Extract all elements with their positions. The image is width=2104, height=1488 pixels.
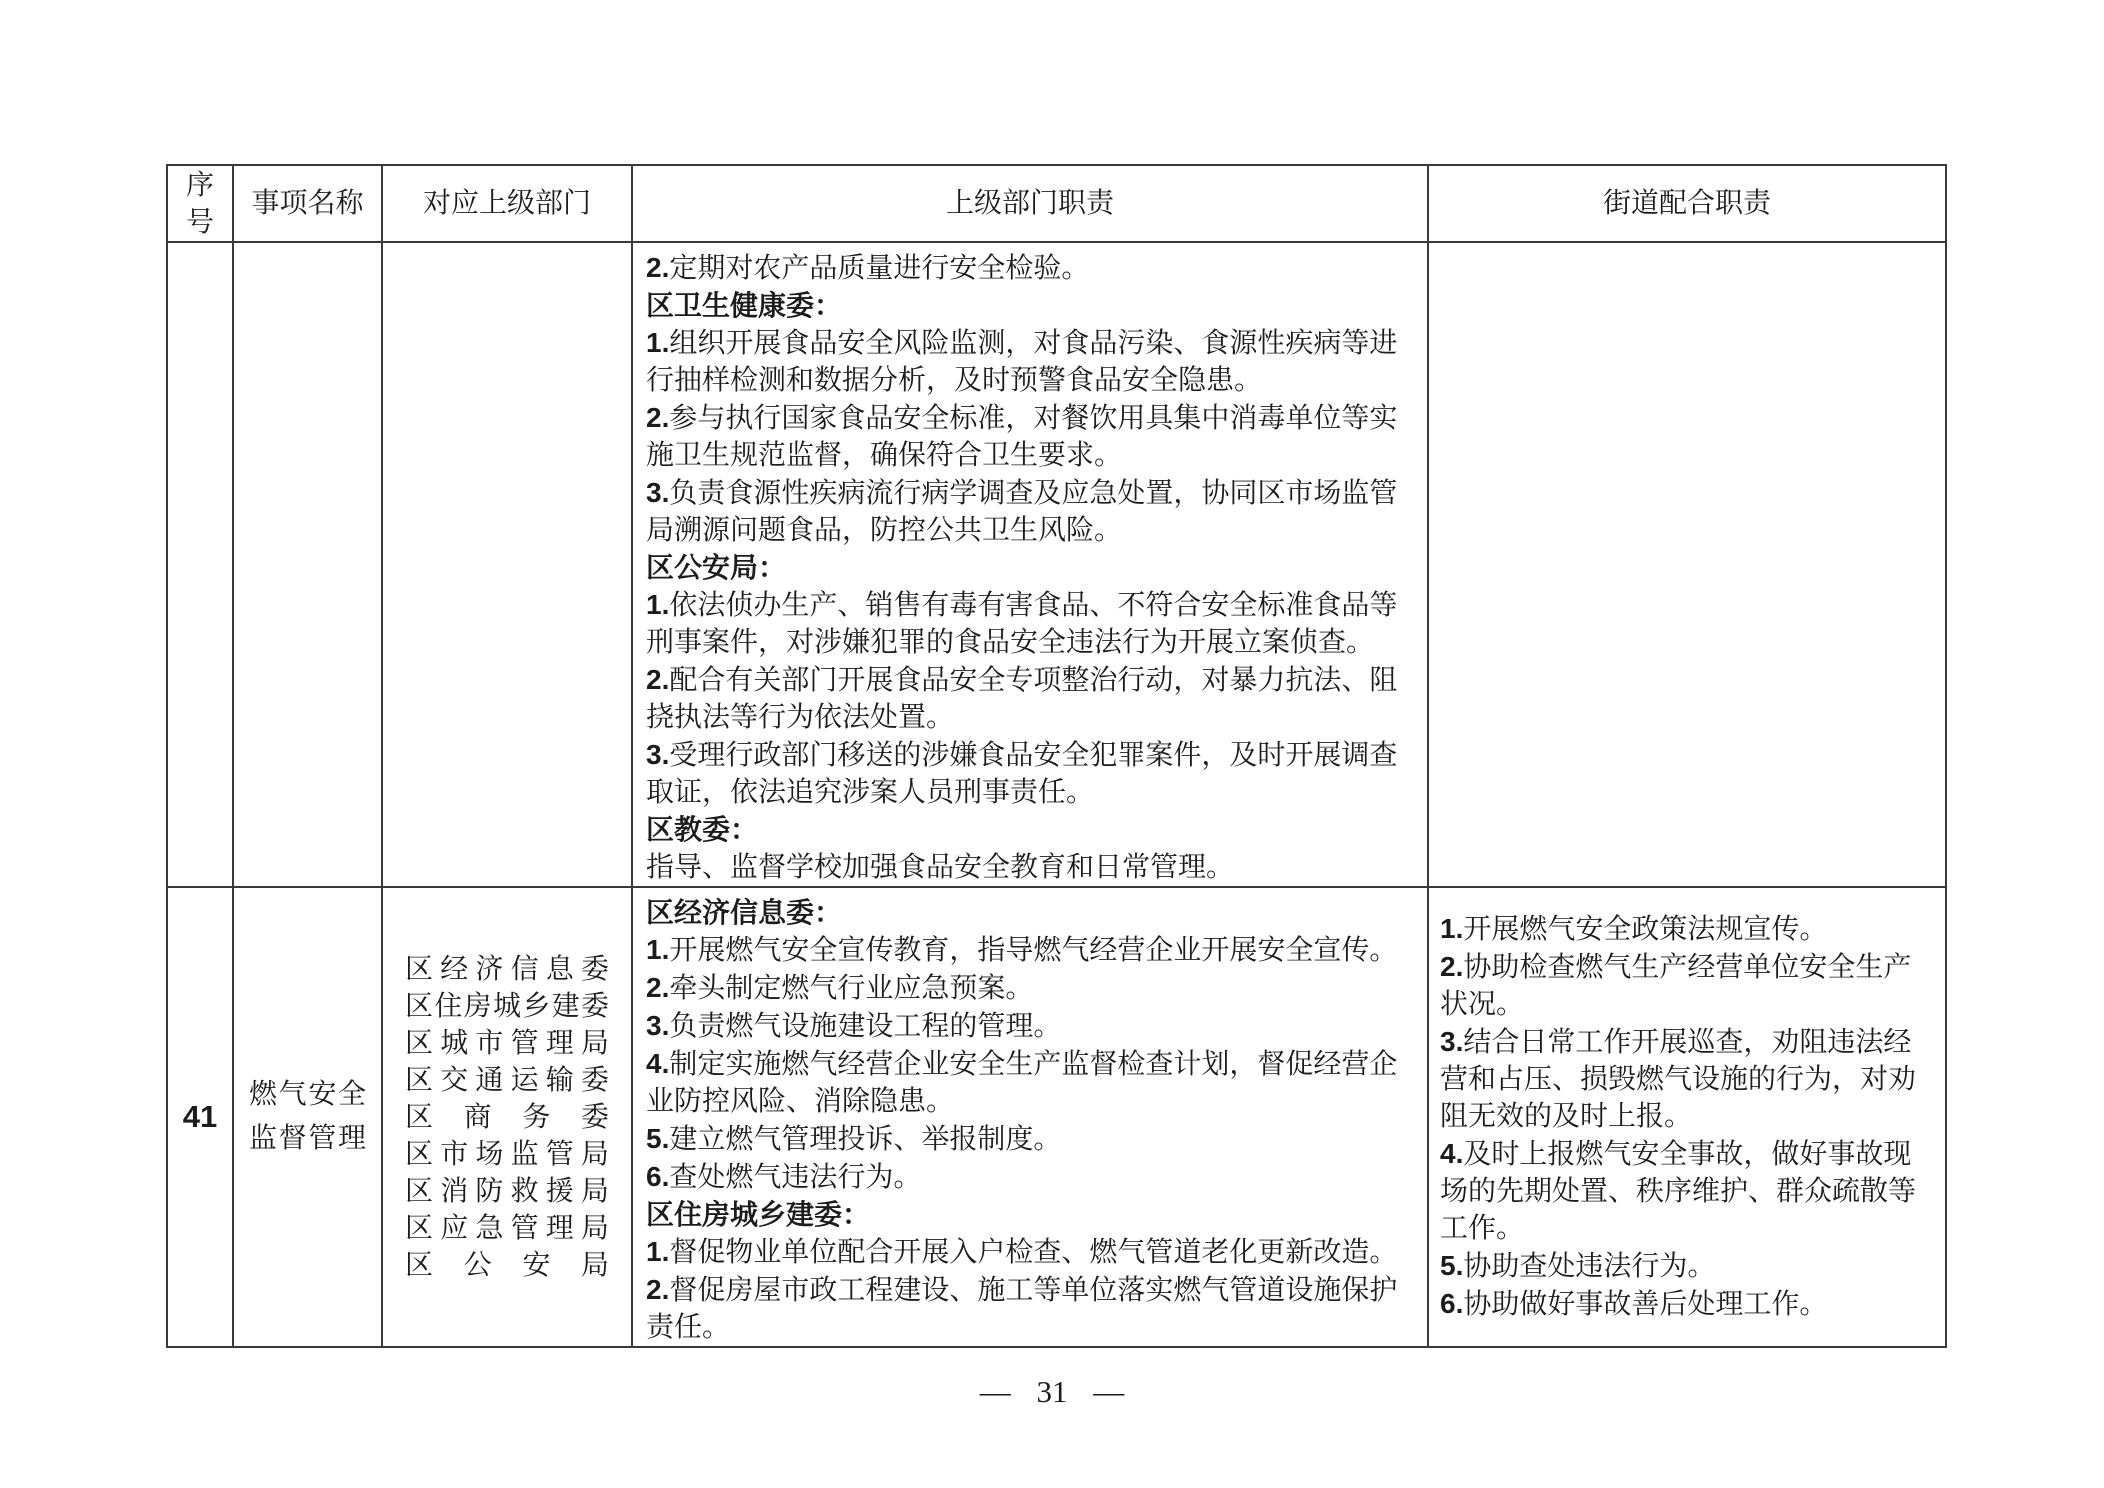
item-text: 协助做好事故善后处理工作。	[1463, 1289, 1827, 1320]
duty-line: 2.牵头制定燃气行业应急预案。	[646, 969, 1417, 1007]
street-duty-line: 4.及时上报燃气安全事故，做好事故现场的先期处置、秩序维护、群众疏散等工作。	[1440, 1135, 1939, 1247]
cell-street-duties: 1.开展燃气安全政策法规宣传。 2.协助检查燃气生产经营单位安全生产状况。 3.…	[1428, 887, 1946, 1347]
cell-item-name: 燃气安全监督管理	[233, 887, 382, 1347]
department-item: 区应急管理局	[405, 1210, 609, 1247]
duty-line: 6.查处燃气违法行为。	[646, 1158, 1417, 1196]
item-number: 6.	[646, 1161, 669, 1192]
item-number: 2.	[1440, 951, 1463, 982]
duty-line: 3.负责燃气设施建设工程的管理。	[646, 1007, 1417, 1045]
duty-line: 2.定期对农产品质量进行安全检验。	[646, 249, 1417, 287]
item-number: 1.	[646, 589, 669, 620]
item-number: 1.	[646, 934, 669, 965]
item-text: 配合有关部门开展食品安全专项整治行动，对暴力抗法、阻挠执法等行为依法处置。	[646, 665, 1397, 733]
cell-street-duties	[1428, 242, 1946, 887]
table-row-continuation: 2.定期对农产品质量进行安全检验。 区卫生健康委： 1.组织开展食品安全风险监测…	[167, 242, 1946, 887]
item-number: 1.	[1440, 913, 1463, 944]
item-text: 组织开展食品安全风险监测，对食品污染、食源性疾病等进行抽样检测和数据分析，及时预…	[646, 328, 1397, 396]
item-text: 指导、监督学校加强食品安全教育和日常管理。	[646, 852, 1234, 883]
item-number: 3.	[646, 1010, 669, 1041]
header-superior-duties: 上级部门职责	[632, 165, 1428, 242]
duty-heading: 区经济信息委：	[646, 894, 1417, 931]
duty-heading: 区公安局：	[646, 549, 1417, 586]
header-superior-departments: 对应上级部门	[382, 165, 632, 242]
item-text: 协助检查燃气生产经营单位安全生产状况。	[1440, 952, 1911, 1020]
item-text: 负责燃气设施建设工程的管理。	[669, 1011, 1061, 1042]
duty-line: 2.参与执行国家食品安全标准，对餐饮用具集中消毒单位等实施卫生规范监督，确保符合…	[646, 399, 1417, 474]
item-text: 督促物业单位配合开展入户检查、燃气管道老化更新改造。	[669, 1237, 1397, 1268]
item-text: 建立燃气管理投诉、举报制度。	[669, 1124, 1061, 1155]
department-item: 区市场监管局	[405, 1136, 609, 1173]
item-number: 3.	[646, 739, 669, 770]
duty-line: 4.制定实施燃气经营企业安全生产监督检查计划，督促经营企业防控风险、消除隐患。	[646, 1045, 1417, 1120]
item-number: 6.	[1440, 1288, 1463, 1319]
duty-line: 1.组织开展食品安全风险监测，对食品污染、食源性疾病等进行抽样检测和数据分析，及…	[646, 324, 1417, 399]
department-item: 区商务委	[405, 1099, 609, 1136]
duty-line: 1.开展燃气安全宣传教育，指导燃气经营企业开展安全宣传。	[646, 931, 1417, 969]
item-text: 参与执行国家食品安全标准，对餐饮用具集中消毒单位等实施卫生规范监督，确保符合卫生…	[646, 403, 1397, 471]
item-text: 开展燃气安全宣传教育，指导燃气经营企业开展安全宣传。	[669, 935, 1397, 966]
item-number: 1.	[646, 1236, 669, 1267]
item-number: 4.	[646, 1048, 669, 1079]
item-text: 结合日常工作开展巡查，劝阻违法经营和占压、损毁燃气设施的行为，对劝阻无效的及时上…	[1440, 1027, 1916, 1132]
cell-seq: 41	[167, 887, 233, 1347]
item-text: 负责食源性疾病流行病学调查及应急处置，协同区市场监管局溯源问题食品，防控公共卫生…	[646, 478, 1397, 546]
item-name-text: 燃气安全监督管理	[249, 1073, 366, 1161]
item-text: 协助查处违法行为。	[1463, 1251, 1715, 1282]
duty-line: 3.受理行政部门移送的涉嫌食品安全犯罪案件，及时开展调查取证，依法追究涉案人员刑…	[646, 736, 1417, 811]
document-page: 序号 事项名称 对应上级部门 上级部门职责 街道配合职责 2.定期对农产品质量进…	[0, 0, 2104, 1488]
duty-line: 3.负责食源性疾病流行病学调查及应急处置，协同区市场监管局溯源问题食品，防控公共…	[646, 474, 1417, 549]
header-item-name: 事项名称	[233, 165, 382, 242]
cell-superior-duties: 2.定期对农产品质量进行安全检验。 区卫生健康委： 1.组织开展食品安全风险监测…	[632, 242, 1428, 887]
department-item: 区城市管理局	[405, 1025, 609, 1062]
table-row-41: 41 燃气安全监督管理 区经济信息委 区住房城乡建委 区城市管理局 区交通运输委…	[167, 887, 1946, 1347]
duty-line: 1.依法侦办生产、销售有毒有害食品、不符合安全标准食品等刑事案件，对涉嫌犯罪的食…	[646, 586, 1417, 661]
cell-superior-duties: 区经济信息委： 1.开展燃气安全宣传教育，指导燃气经营企业开展安全宣传。 2.牵…	[632, 887, 1428, 1347]
department-item: 区公安局	[405, 1247, 609, 1284]
item-text: 开展燃气安全政策法规宣传。	[1463, 914, 1827, 945]
item-text: 牵头制定燃气行业应急预案。	[669, 973, 1033, 1004]
street-duty-line: 3.结合日常工作开展巡查，劝阻违法经营和占压、损毁燃气设施的行为，对劝阻无效的及…	[1440, 1023, 1939, 1135]
duty-line: 指导、监督学校加强食品安全教育和日常管理。	[646, 848, 1417, 886]
duty-line: 2.配合有关部门开展食品安全专项整治行动，对暴力抗法、阻挠执法等行为依法处置。	[646, 661, 1417, 736]
cell-departments: 区经济信息委 区住房城乡建委 区城市管理局 区交通运输委 区商务委 区市场监管局…	[382, 887, 632, 1347]
item-number: 1.	[646, 327, 669, 358]
header-row: 序号 事项名称 对应上级部门 上级部门职责 街道配合职责	[167, 165, 1946, 242]
item-text: 受理行政部门移送的涉嫌食品安全犯罪案件，及时开展调查取证，依法追究涉案人员刑事责…	[646, 740, 1397, 808]
street-duty-line: 5.协助查处违法行为。	[1440, 1247, 1939, 1285]
duty-heading: 区住房城乡建委：	[646, 1196, 1417, 1233]
item-number: 2.	[646, 664, 669, 695]
department-item: 区住房城乡建委	[405, 988, 609, 1025]
duty-line: 2.督促房屋市政工程建设、施工等单位落实燃气管道设施保护责任。	[646, 1271, 1417, 1346]
department-item: 区交通运输委	[405, 1062, 609, 1099]
item-number: 5.	[646, 1123, 669, 1154]
item-text: 查处燃气违法行为。	[669, 1162, 921, 1193]
department-item: 区经济信息委	[405, 951, 609, 988]
item-number: 5.	[1440, 1250, 1463, 1281]
item-text: 依法侦办生产、销售有毒有害食品、不符合安全标准食品等刑事案件，对涉嫌犯罪的食品安…	[646, 590, 1397, 658]
street-duty-line: 6.协助做好事故善后处理工作。	[1440, 1285, 1939, 1323]
cell-item-name	[233, 242, 382, 887]
header-street-duties: 街道配合职责	[1428, 165, 1946, 242]
item-text: 及时上报燃气安全事故，做好事故现场的先期处置、秩序维护、群众疏散等工作。	[1440, 1139, 1916, 1244]
duty-heading: 区卫生健康委：	[646, 287, 1417, 324]
item-number: 3.	[646, 477, 669, 508]
item-text: 定期对农产品质量进行安全检验。	[669, 253, 1089, 284]
page-number: — 31 —	[0, 1374, 2104, 1410]
duty-heading: 区教委：	[646, 811, 1417, 848]
item-number: 4.	[1440, 1138, 1463, 1169]
duty-line: 1.督促物业单位配合开展入户检查、燃气管道老化更新改造。	[646, 1233, 1417, 1271]
street-duty-line: 1.开展燃气安全政策法规宣传。	[1440, 910, 1939, 948]
cell-seq	[167, 242, 233, 887]
item-number: 2.	[646, 402, 669, 433]
street-duty-line: 2.协助检查燃气生产经营单位安全生产状况。	[1440, 948, 1939, 1023]
item-number: 2.	[646, 1274, 669, 1305]
header-seq: 序号	[167, 165, 233, 242]
responsibility-table: 序号 事项名称 对应上级部门 上级部门职责 街道配合职责 2.定期对农产品质量进…	[166, 164, 1947, 1348]
department-item: 区消防救援局	[405, 1173, 609, 1210]
item-number: 2.	[646, 252, 669, 283]
item-number: 2.	[646, 972, 669, 1003]
cell-departments	[382, 242, 632, 887]
item-text: 督促房屋市政工程建设、施工等单位落实燃气管道设施保护责任。	[646, 1275, 1397, 1343]
duty-line: 5.建立燃气管理投诉、举报制度。	[646, 1120, 1417, 1158]
item-number: 3.	[1440, 1026, 1463, 1057]
item-text: 制定实施燃气经营企业安全生产监督检查计划，督促经营企业防控风险、消除隐患。	[646, 1049, 1397, 1117]
